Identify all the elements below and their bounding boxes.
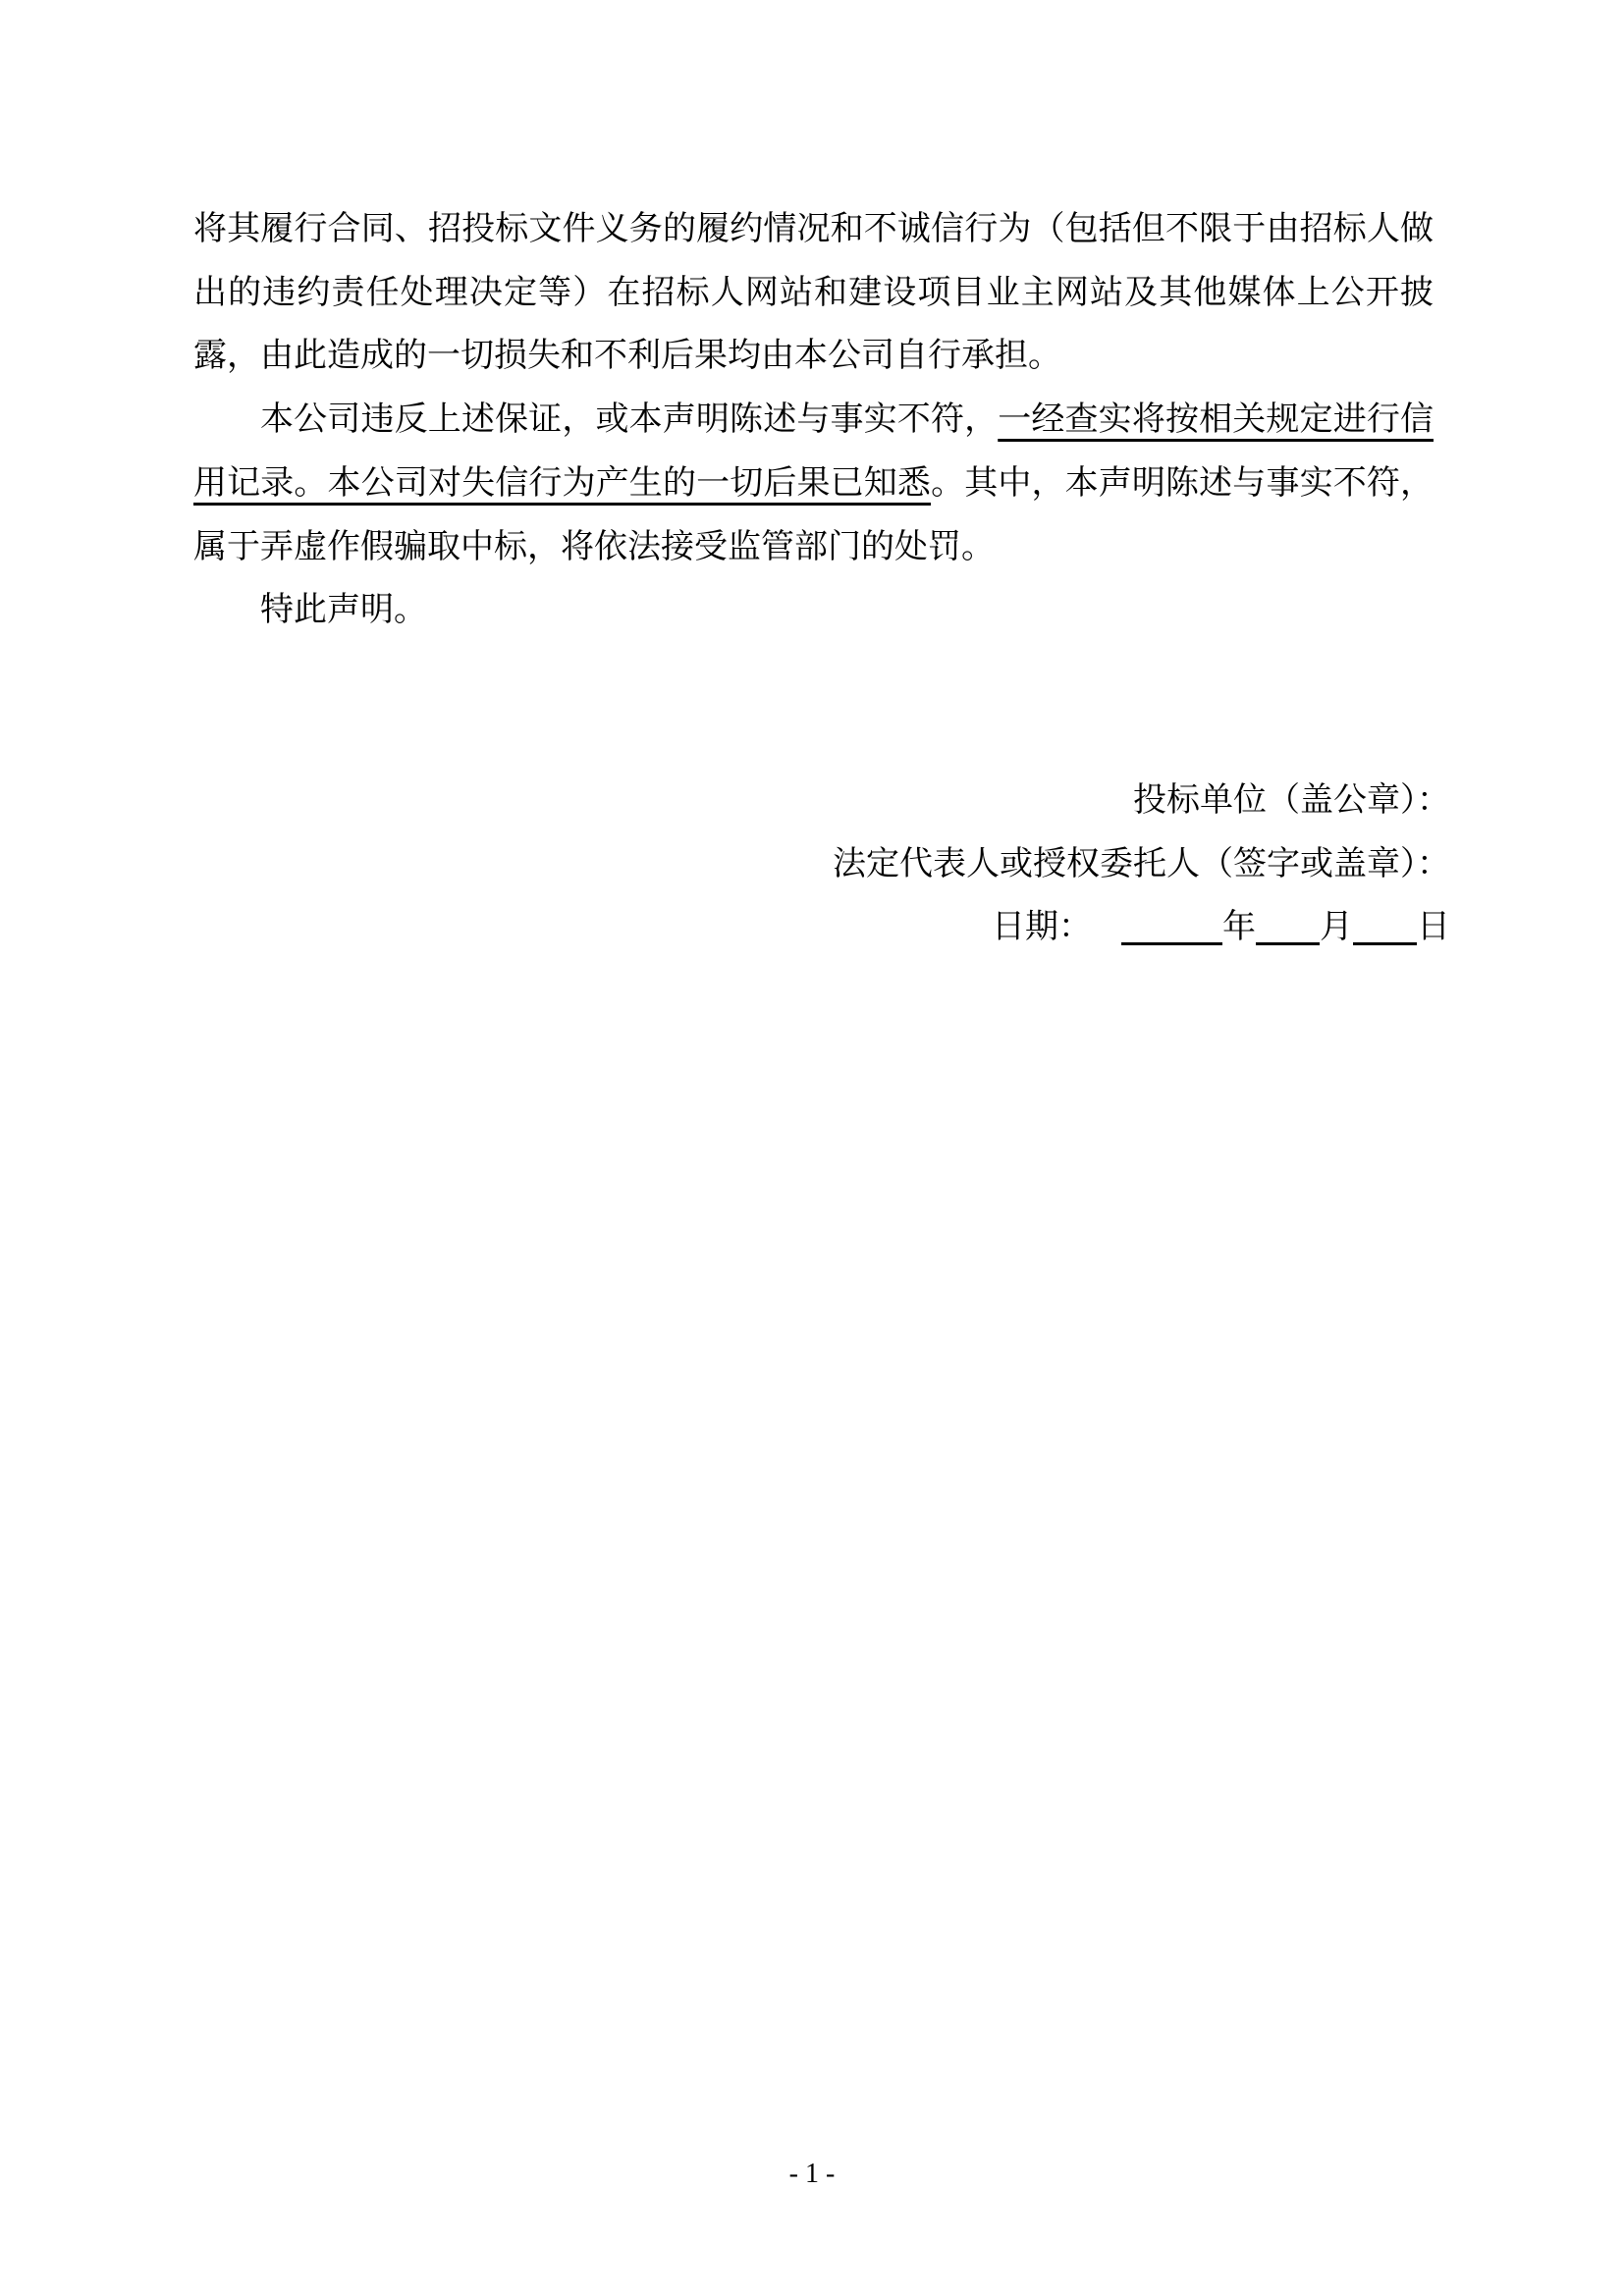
month-label: 月: [1320, 909, 1353, 945]
signature-block: 投标单位（盖公章）： 法定代表人或授权委托人（签字或盖章）： 日期：年月日: [193, 770, 1450, 960]
day-label: 日: [1417, 909, 1450, 945]
page-number: - 1 -: [0, 2160, 1624, 2189]
document-content: 将其履行合同、招投标文件义务的履约情况和不诚信行为（包括但不限于由招标人做出的违…: [193, 198, 1434, 960]
day-fill-in-blank: [1353, 912, 1417, 945]
body-paragraph-warranty: 本公司违反上述保证，或本声明陈述与事实不符，一经查实将按相关规定进行信用记录。本…: [193, 389, 1434, 579]
document-page: 将其履行合同、招投标文件义务的履约情况和不诚信行为（包括但不限于由招标人做出的违…: [0, 0, 1624, 2296]
year-label: 年: [1222, 909, 1256, 945]
paragraph-lead-text: 本公司违反上述保证，或本声明陈述与事实不符，: [260, 401, 998, 438]
date-label: 日期：: [992, 909, 1092, 945]
declaration-closing-line: 特此声明。: [193, 579, 1434, 643]
bidder-seal-line: 投标单位（盖公章）：: [193, 770, 1450, 833]
date-line: 日期：年月日: [193, 896, 1450, 960]
year-fill-in-blank: [1121, 912, 1222, 945]
body-paragraph-continuation: 将其履行合同、招投标文件义务的履约情况和不诚信行为（包括但不限于由招标人做出的违…: [193, 198, 1434, 389]
legal-representative-line: 法定代表人或授权委托人（签字或盖章）：: [193, 833, 1450, 897]
month-fill-in-blank: [1256, 912, 1320, 945]
